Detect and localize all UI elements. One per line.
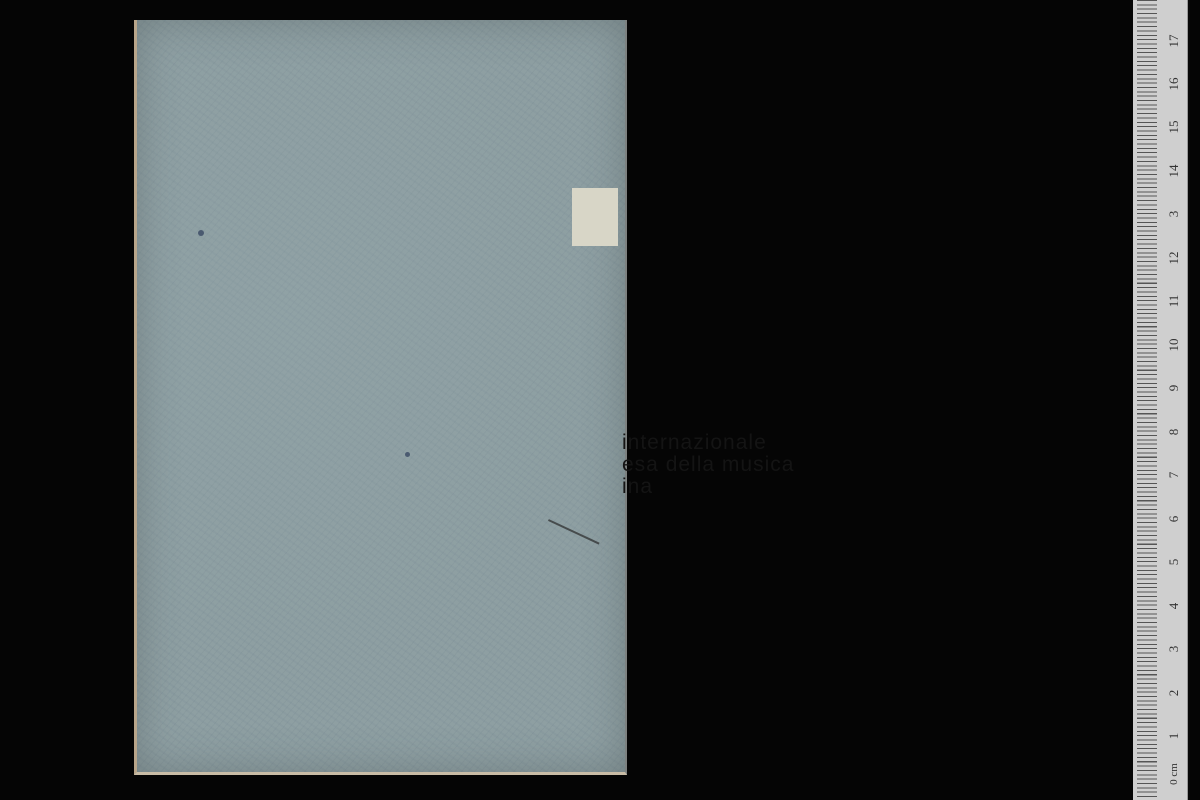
ruler-mark: 6: [1166, 508, 1182, 530]
ruler-mark: 12: [1166, 247, 1182, 269]
ruler-mark: 3: [1166, 638, 1182, 660]
ruler-mark: 4: [1166, 595, 1182, 617]
paper-label-tab: [572, 188, 618, 246]
ruler-mark: 10: [1166, 334, 1182, 356]
ruler-mark: 3: [1166, 203, 1182, 225]
stain: [198, 230, 204, 236]
ruler-ticks: [1137, 0, 1157, 800]
stain: [405, 452, 410, 457]
ruler-mark: 15: [1166, 116, 1182, 138]
watermark-text: internazionale esa della musica ina: [622, 432, 794, 498]
ruler-mark: 1: [1166, 725, 1182, 747]
ruler-mark: 14: [1166, 160, 1182, 182]
ruler-mark: 8: [1166, 421, 1182, 443]
ruler-mark: 7: [1166, 464, 1182, 486]
book-cover: [134, 20, 627, 775]
ruler-zero-label: 0 cm: [1168, 759, 1180, 789]
ruler-mark: 2: [1166, 682, 1182, 704]
ruler-mark: 11: [1166, 290, 1182, 312]
ruler-mark: 9: [1166, 377, 1182, 399]
ruler-mark: 17: [1166, 30, 1182, 52]
measurement-ruler: 0 cm 1 2 3 4 5 6 7 8 9 10 11 12 3 14 15 …: [1133, 0, 1188, 800]
ruler-mark: 16: [1166, 73, 1182, 95]
ruler-mark: 5: [1166, 551, 1182, 573]
